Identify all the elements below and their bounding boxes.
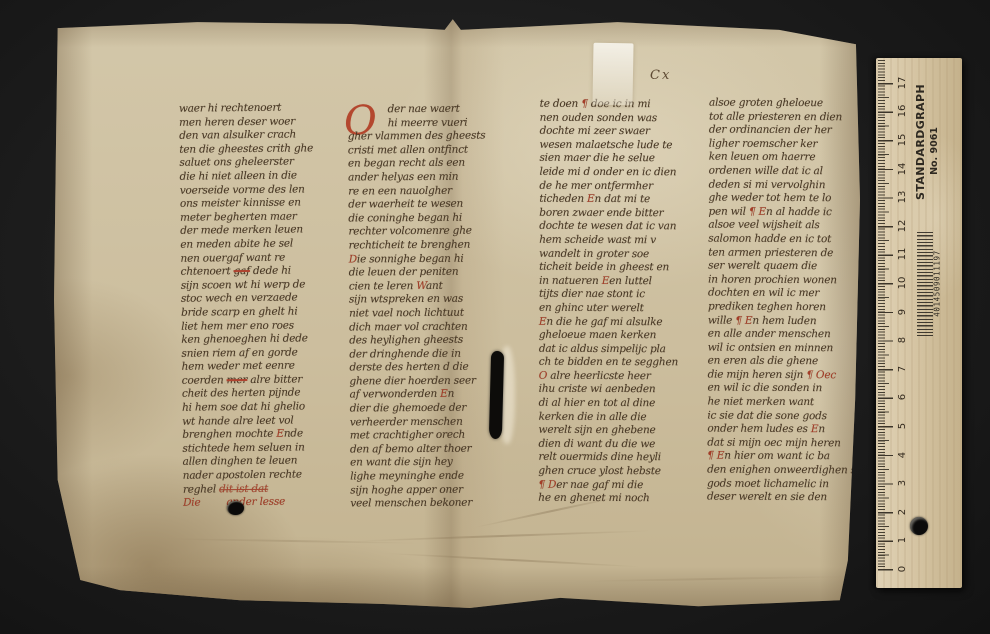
manuscript-line: relt ouermids dine heyli bbox=[538, 451, 677, 465]
fold-crease bbox=[572, 576, 852, 583]
ruler-number: 6 bbox=[897, 385, 909, 409]
manuscript-line: die leuen der peniten bbox=[349, 266, 487, 281]
text-column-4: alsoe groten gheloeuetot alle priesteren… bbox=[707, 97, 877, 506]
manuscript-line: dochten en wil ic mer bbox=[708, 287, 876, 301]
ruler-brand-label: STANDARDGRAPH bbox=[914, 104, 928, 200]
manuscript-line: deden si mi vervolghin bbox=[709, 178, 877, 192]
ruler-number: 16 bbox=[897, 99, 909, 123]
manuscript-line: werelt sijn en ghebene bbox=[539, 424, 678, 438]
manuscript-line: die hi niet alleen in die bbox=[180, 169, 314, 184]
manuscript-line: der waerheit te wesen bbox=[348, 198, 486, 213]
text-column-1: waer hi rechtenoertmen heren deser woerd… bbox=[179, 101, 317, 510]
manuscript-line: sien maer die he selue bbox=[539, 152, 678, 166]
manuscript-line: dochte te wesen dat ic van bbox=[539, 220, 678, 234]
manuscript-line: den enighen onweerdighen sone bbox=[707, 464, 875, 478]
manuscript-line: sijn scoen wt hi werp de bbox=[181, 278, 315, 293]
manuscript-line: ghen cruce ylost hebste bbox=[538, 465, 677, 479]
manuscript-line: en eren als die ghene bbox=[708, 355, 876, 369]
manuscript-line: ser werelt quaem die bbox=[708, 260, 876, 274]
ruler-number: 9 bbox=[897, 300, 909, 324]
ruler-number: 14 bbox=[897, 157, 909, 181]
manuscript-line: wandelt in groter soe bbox=[539, 247, 678, 261]
manuscript-line: ghene dier hoerden seer bbox=[349, 374, 487, 389]
manuscript-line: brenghen mochte Ende bbox=[182, 428, 316, 443]
ruler-number: 12 bbox=[897, 214, 909, 238]
manuscript-line: cheit des herten pijnde bbox=[182, 387, 316, 402]
manuscript-line: stoc wech en verzaede bbox=[181, 292, 315, 307]
parchment-hole bbox=[227, 501, 244, 515]
manuscript-line: men heren deser woer bbox=[179, 115, 313, 130]
manuscript-line: en alle ander menschen bbox=[708, 328, 876, 342]
folio-number-mark: Cx bbox=[650, 68, 671, 83]
manuscript-line: wille ¶ En hem luden bbox=[708, 314, 876, 328]
manuscript-line: Dieander lesse bbox=[183, 496, 317, 511]
manuscript-line: bride scarp en ghelt hi bbox=[181, 305, 315, 320]
manuscript-line: den van alsulker crach bbox=[179, 128, 313, 143]
manuscript-line: saluet ons gheleerster bbox=[179, 156, 313, 171]
manuscript-line: en began recht als een bbox=[348, 157, 486, 172]
manuscript-line: liet hem mer eno roes bbox=[181, 319, 315, 334]
manuscript-line: hi hem soe dat hi ghelio bbox=[182, 400, 316, 415]
manuscript-line: ihu criste wi aenbeden bbox=[539, 383, 678, 397]
manuscript-line: lighe meyninghe ende bbox=[350, 470, 488, 485]
ruler-number: 8 bbox=[897, 328, 909, 352]
manuscript-line: leide mi d onder en ic dien bbox=[539, 166, 678, 180]
manuscript-line: dat si mijn oec mijn heren bbox=[707, 436, 875, 450]
manuscript-line: ticheit beide in gheest en bbox=[539, 261, 678, 275]
manuscript-line: ken leuen om haerre bbox=[709, 151, 877, 165]
manuscript-line: die mijn heren sijn ¶ Oec bbox=[708, 368, 876, 382]
manuscript-line: kerken die in alle die bbox=[539, 410, 678, 424]
manuscript-line: wesen malaetsche lude te bbox=[540, 139, 679, 153]
ruler-number: 2 bbox=[897, 500, 909, 524]
ruler-number: 3 bbox=[897, 471, 909, 495]
manuscript-line: prediken teghen horen bbox=[708, 300, 876, 314]
manuscript-line: verheerder menschen bbox=[350, 415, 488, 430]
manuscript-line: en wil ic die sonden in bbox=[708, 382, 876, 396]
manuscript-line: der mede merken leuen bbox=[180, 224, 314, 239]
manuscript-line: derste des herten d die bbox=[349, 361, 487, 376]
ruler-number: 11 bbox=[897, 242, 909, 266]
manuscript-line: onder hem ludes es En bbox=[707, 423, 875, 437]
manuscript-line: snien riem af en gorde bbox=[181, 346, 315, 361]
manuscript-line: rechticheit te brenghen bbox=[349, 238, 487, 253]
manuscript-line: ch te bidden en te segghen bbox=[539, 356, 678, 370]
manuscript-line: gher vlammen des gheests bbox=[348, 130, 486, 145]
manuscript-line: nen ouergaf want re bbox=[180, 251, 314, 266]
manuscript-line: sijn wtspreken en was bbox=[349, 293, 487, 308]
manuscript-line: sijn hoghe apper oner bbox=[350, 483, 488, 498]
ruler-hanging-hole bbox=[910, 517, 928, 535]
manuscript-line: nen ouden sonden was bbox=[540, 111, 679, 125]
manuscript-line: gods moet lichamelic in bbox=[707, 477, 875, 491]
manuscript-line: reghel dit ist dat bbox=[183, 482, 317, 497]
ruler-number: 13 bbox=[897, 185, 909, 209]
manuscript-line: hi meerre vueri bbox=[348, 116, 486, 131]
manuscript-line: ic sie dat die sone gods bbox=[707, 409, 875, 423]
manuscript-line: ten armen priesteren de bbox=[708, 246, 876, 260]
barcode bbox=[917, 232, 933, 336]
ruler-cm-ticks bbox=[878, 83, 893, 571]
manuscript-bifolium: Cx O waer hi rechtenoertmen heren deser … bbox=[52, 18, 860, 614]
manuscript-line: die coninghe began hi bbox=[348, 211, 486, 226]
ruler-number: 10 bbox=[897, 271, 909, 295]
manuscript-line: gheloeue maen kerken bbox=[539, 329, 678, 343]
manuscript-line: cien te leren Want bbox=[349, 279, 487, 294]
manuscript-line: veel menschen bekoner bbox=[350, 497, 488, 512]
manuscript-line: des heylighen gheests bbox=[349, 334, 487, 349]
manuscript-line: in horen prochien wonen bbox=[708, 273, 876, 287]
manuscript-line: met crachtigher orech bbox=[350, 429, 488, 444]
manuscript-line: ghe weder tot hem te lo bbox=[708, 192, 876, 206]
manuscript-line: wt hande alre leet vol bbox=[182, 414, 316, 429]
manuscript-line: ¶ Der nae gaf mi die bbox=[538, 478, 677, 492]
wooden-ruler: STANDARDGRAPH No. 9061 4014509011197 012… bbox=[876, 58, 962, 588]
manuscript-line: dich maer vol crachten bbox=[349, 320, 487, 335]
manuscript-line: dochte mi zeer swaer bbox=[540, 125, 679, 139]
manuscript-line: niet vael noch lichtuut bbox=[349, 306, 487, 321]
manuscript-line: dat ic aldus simpelijc pla bbox=[539, 342, 678, 356]
manuscript-line: Die sonnighe began hi bbox=[349, 252, 487, 267]
manuscript-line: den af bemo alter thoer bbox=[350, 442, 488, 457]
manuscript-line: di al hier en tot al dine bbox=[539, 397, 678, 411]
manuscript-line: alsoe veel wijsheit als bbox=[708, 219, 876, 233]
manuscript-line: tot alle priesteren en dien bbox=[709, 110, 877, 124]
manuscript-line: hem scheide wast mi v bbox=[539, 234, 678, 248]
ruler-model-label: No. 9061 bbox=[929, 121, 941, 181]
manuscript-line: ¶ En hier om want ic ba bbox=[707, 450, 875, 464]
manuscript-line: en ghinc uter werelt bbox=[539, 302, 678, 316]
manuscript-line: ons meister kinnisse en bbox=[180, 196, 314, 211]
ruler-number: 1 bbox=[897, 528, 909, 552]
manuscript-line: en meden abite he sel bbox=[180, 237, 314, 252]
ruler-number: 17 bbox=[897, 71, 909, 95]
manuscript-line: en want die sijn hey bbox=[350, 456, 488, 471]
manuscript-line: he niet merken want bbox=[707, 396, 875, 410]
barcode-number: 4014509011197 bbox=[933, 232, 942, 336]
manuscript-line: coerden mer alre bitter bbox=[182, 373, 316, 388]
manuscript-line: O alre heerlicste heer bbox=[539, 370, 678, 384]
manuscript-line: in natueren Een luttel bbox=[539, 274, 678, 288]
manuscript-line: rechter volcomenre ghe bbox=[348, 225, 486, 240]
text-column-3: te doen ¶ doe ic in minen ouden sonden w… bbox=[538, 98, 679, 506]
manuscript-line: dier die ghemoede der bbox=[350, 402, 488, 417]
manuscript-line: allen dinghen te leuen bbox=[183, 455, 317, 470]
photograph-stage: Cx O waer hi rechtenoertmen heren deser … bbox=[0, 0, 990, 634]
manuscript-line: chtenoert gaf dede hi bbox=[181, 264, 315, 279]
manuscript-line: cristi met allen ontfinct bbox=[348, 143, 486, 158]
manuscript-line: ticheden En dat mi te bbox=[539, 193, 678, 207]
manuscript-line: ten die gheestes crith ghe bbox=[179, 142, 313, 157]
manuscript-line: pen wil ¶ En al hadde ic bbox=[708, 205, 876, 219]
fold-crease bbox=[382, 552, 642, 568]
manuscript-line: re en een nauolgher bbox=[348, 184, 486, 199]
manuscript-line: nader apostolen rechte bbox=[183, 468, 317, 483]
ruler-number: 5 bbox=[897, 414, 909, 438]
ruler-number: 15 bbox=[897, 128, 909, 152]
manuscript-line: hem weder met eenre bbox=[182, 360, 316, 375]
manuscript-line: der ordinancien der her bbox=[709, 124, 877, 138]
manuscript-line: ken ghenoeghen hi dede bbox=[181, 332, 315, 347]
manuscript-line: dien di want du die we bbox=[538, 438, 677, 452]
fold-crease bbox=[352, 530, 652, 542]
manuscript-line: deser werelt en sie den bbox=[707, 491, 875, 505]
parchment-tear bbox=[489, 351, 504, 439]
ruler-number: 7 bbox=[897, 357, 909, 381]
manuscript-line: af verwonderden En bbox=[350, 388, 488, 403]
manuscript-line: der nae waert bbox=[348, 103, 486, 118]
manuscript-line: voerseide vorme des len bbox=[180, 183, 314, 198]
ruler-number: 4 bbox=[897, 443, 909, 467]
manuscript-line: de he mer ontfermher bbox=[539, 179, 678, 193]
manuscript-line: ligher roemscher ker bbox=[709, 137, 877, 151]
manuscript-line: tijts dier nae stont ic bbox=[539, 288, 678, 302]
manuscript-line: waer hi rechtenoert bbox=[179, 101, 313, 116]
ruler-number: 0 bbox=[897, 557, 909, 581]
manuscript-line: der dringhende die in bbox=[349, 347, 487, 362]
manuscript-line: stichtede hem seluen in bbox=[182, 441, 316, 456]
repair-tape-patch bbox=[592, 43, 633, 106]
manuscript-line: alsoe groten gheloeue bbox=[709, 97, 877, 111]
manuscript-line: ander helyas een min bbox=[348, 170, 486, 185]
manuscript-line: meter begherten maer bbox=[180, 210, 314, 225]
manuscript-line: wil ic ontsien en minnen bbox=[708, 341, 876, 355]
manuscript-line: En die he gaf mi alsulke bbox=[539, 315, 678, 329]
manuscript-line: ordenen wille dat ic al bbox=[709, 165, 877, 179]
text-column-2: der nae waerthi meerre vuerigher vlammen… bbox=[348, 103, 488, 512]
manuscript-line: salomon hadde en ic tot bbox=[708, 233, 876, 247]
manuscript-line: boren zwaer ende bitter bbox=[539, 207, 678, 221]
